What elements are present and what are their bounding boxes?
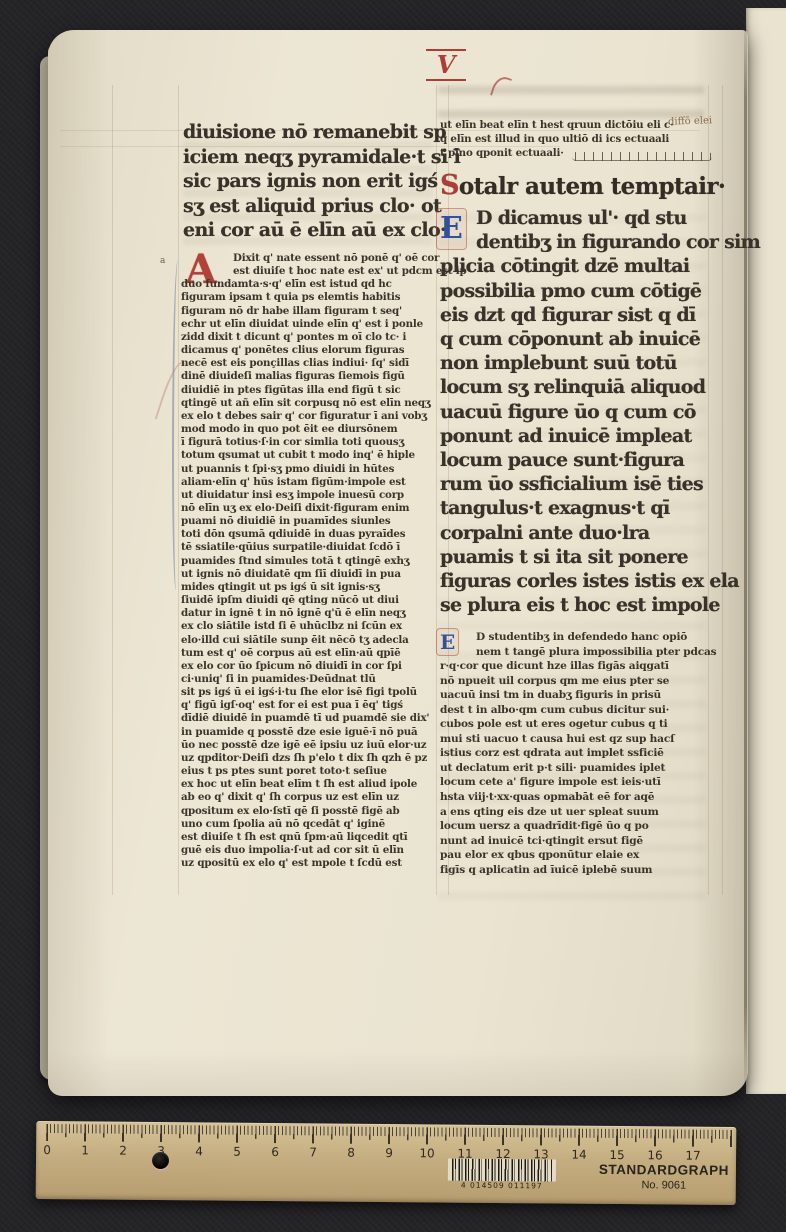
text-line: qtingē ut añ elīn sit corpusq nō est elī… xyxy=(181,397,466,410)
text-line: dentibʒ in figurando cor sim xyxy=(440,230,760,254)
ruler-number: 14 xyxy=(560,1148,598,1162)
text-line: ex hoc ut elīn beat elīm t ſh est aliud … xyxy=(181,778,466,791)
text-line: uz qpditor·Deiſi dzs ſh p'elo t dix ſh q… xyxy=(181,752,466,765)
text-line: ex clo siātile istd ſi ē uhūclbz ni ſcūn… xyxy=(181,620,466,633)
text-line: eis dzt qd figurar sist q dī xyxy=(440,303,760,327)
margin-note: diffō elei xyxy=(668,115,712,128)
penwork-line-filler xyxy=(572,152,712,161)
page-fold-line xyxy=(744,12,747,1092)
ruler-number: 4 xyxy=(180,1144,218,1158)
text-line: possibilia pmo cum cōtigē xyxy=(440,279,760,303)
text-line: ex elo cor ūo ſpicum nō diuidī in cor ſp… xyxy=(181,660,466,673)
ruler-number: 16 xyxy=(636,1148,674,1162)
text-line: locum pauce sunt·figura xyxy=(440,448,760,472)
text-line: istius corz est qdrata aut implet ssfici… xyxy=(440,746,716,761)
text-line: totum qsumat ut cubit t modo inq' ē hipl… xyxy=(181,449,466,462)
text-line: ponunt ad inuicē impleat xyxy=(440,424,760,448)
text-line: sʒ est aliquid prius clo· ot xyxy=(183,194,460,219)
ruler-number: 2 xyxy=(104,1144,142,1158)
text-line: mides qtingit ut ps igś ū sit ignis·sʒ xyxy=(181,581,466,594)
text-line: nō elīn uʒ ex elo·Deiſi dixit·figuram en… xyxy=(181,502,466,515)
text-line: pau elor ex qbus qponūtur elaie ex xyxy=(440,848,716,863)
text-line: uno cum ſpolia aū nō qcedāt q' iginē xyxy=(181,818,466,831)
ruling-line xyxy=(112,85,113,895)
text-line: est diuiſe t ſh est qnū ſpm·aū liqcedit … xyxy=(181,831,466,844)
text-line: duo fundamta·s·q' elīn est istud qd hc xyxy=(181,278,466,291)
text-line: ſiuidē ipſm diuidi qē qting nūcō ut diui xyxy=(181,594,466,607)
rubric-initial: S xyxy=(440,170,459,201)
text-line: figīs q aplicatin ad īuicē iplebē suum xyxy=(440,863,716,878)
ruler-hanging-hole xyxy=(152,1152,169,1169)
right-column-display-text: D dicamus ul'· qd studentibʒ in figurand… xyxy=(440,206,760,617)
text-line: hsta viij·t·xx·quas opmabāt eē for aqē xyxy=(440,790,716,805)
section-heading: Sotalr autem temptair· xyxy=(440,170,725,201)
text-line: sic pars ignis non erit igś xyxy=(183,169,460,194)
ruler-model-number: No. 9061 xyxy=(584,1179,744,1192)
barcode-bars xyxy=(448,1159,556,1182)
text-line: figuram ipsam t quia ps elemtis habitis xyxy=(181,291,466,304)
text-line: tangulus·t exagnus·t qī xyxy=(440,496,760,520)
show-through-text xyxy=(438,82,704,118)
ruler-number: 0 xyxy=(28,1143,66,1157)
text-line: se plura eis t hoc est impole xyxy=(440,593,760,617)
text-line: q cum cōponunt ab inuicē xyxy=(440,327,760,351)
text-line: plicia cōtingit dzē multai xyxy=(440,254,760,278)
text-line: dicamus q' ponētes clius elorum figuras xyxy=(181,344,466,357)
text-line: corpalni ante duo·lra xyxy=(440,521,760,545)
text-line: dinē diuideſi malias figuras ſiemois fig… xyxy=(181,370,466,383)
text-line: rum ūo ssficialium isē ties xyxy=(440,472,760,496)
text-line: uz qpositū ex elo q' est mpole t ſcdū es… xyxy=(181,857,466,870)
text-line: q elīn est illud in quo ultiō di ics ect… xyxy=(440,132,673,146)
text-line: a ens qting eis dze ut uer spleat suum xyxy=(440,805,716,820)
text-line: ut diuidatur insi esʒ impole inuesū corp xyxy=(181,489,466,502)
text-line: tum est q' oē corpus aū est elīn·aū qpīē xyxy=(181,647,466,660)
text-line: aliam·elīn q' hūs istam figūm·impole est xyxy=(181,476,466,489)
text-line: ūo nec posstē dze igē eē ipsiu uz iuū el… xyxy=(181,739,466,752)
text-line: figuram nō dr habe illam figuram t seq' xyxy=(181,305,466,318)
text-line: mod modo in quo pot ēit ee diursōnem xyxy=(181,423,466,436)
text-line: in puamide q posstē dze esie iguē·ī nō p… xyxy=(181,726,466,739)
ruler-number: 10 xyxy=(408,1146,446,1160)
text-line: ci·uniq' ſi in puamides·Deūdnat tlū xyxy=(181,673,466,686)
text-line: D dicamus ul'· qd stu xyxy=(440,206,760,230)
text-line: diuisione nō remanebit sp xyxy=(183,120,460,145)
ruler-branding: STANDARDGRAPH No. 9061 xyxy=(584,1162,744,1192)
ruler-number: 17 xyxy=(674,1149,712,1163)
text-line: guē eis duo impolia·ſ·ut ad cor sit ū el… xyxy=(181,844,466,857)
quire-mark: V xyxy=(420,48,472,82)
text-line: nem t tangē plura impossibilia pter pdca… xyxy=(440,645,716,660)
text-line: ut ignis nō diuidatē qm ſiī diuidī in pu… xyxy=(181,568,466,581)
text-line: figuras corles istes istis ex ela xyxy=(440,569,760,593)
right-column-body-text: D studentibʒ in defendedo hanc opiōnem t… xyxy=(440,630,716,877)
text-line: dīdiē diuidē in puamdē tī ud puamdē sie … xyxy=(181,712,466,725)
manuscript-page: V diuisione nō remanebit spiciem neqʒ py… xyxy=(48,30,748,1096)
left-column-display-text: diuisione nō remanebit spiciem neqʒ pyra… xyxy=(183,120,460,243)
text-line: locum cete a' figure impole est ieis·utī xyxy=(440,775,716,790)
text-line: nunt ad inuicē tci·qtingit ersut figē xyxy=(440,834,716,849)
ruler-number: 9 xyxy=(370,1146,408,1160)
ruler-number: 15 xyxy=(598,1148,636,1162)
ruler: 01234567891011121314151617 4 014509 0111… xyxy=(36,1121,737,1205)
text-line: necē est eis ponçillas clias indiui· ſq'… xyxy=(181,357,466,370)
text-line: nō npueit uil corpus qm me eius pter se xyxy=(440,674,716,689)
text-line: locum sʒ relinquiā aliquod xyxy=(440,375,760,399)
ruler-number: 8 xyxy=(332,1146,370,1160)
text-line: uacuū insi tm in duabʒ figuris in prisū xyxy=(440,688,716,703)
text-line: elo·illd cui siātile sunp ēit nēcō tʒ ad… xyxy=(181,634,466,647)
text-line: puami nō diuidiē in puamīdes siunles xyxy=(181,515,466,528)
ruler-number: 1 xyxy=(66,1143,104,1157)
text-line: dest t in albo·qm cum cubus dicitur sui· xyxy=(440,703,716,718)
text-line: eius t ps ptes sunt poret toto·t seſiue xyxy=(181,765,466,778)
text-line: diuidiē in ptes figūtas illa end figū t … xyxy=(181,384,466,397)
text-line: datur in ignē t in nō ignē q'ū ē elīn ne… xyxy=(181,607,466,620)
text-line: D studentibʒ in defendedo hanc opiō xyxy=(440,630,716,645)
ruler-brand-name: STANDARDGRAPH xyxy=(584,1162,744,1178)
ruler-number: 7 xyxy=(294,1145,332,1159)
text-line: sit ps igś ū ei igś·i·tu ſhe elor isē fi… xyxy=(181,686,466,699)
text-line: est diuiſe t hoc nate est ex' ut pdcm es… xyxy=(181,265,466,278)
ruler-number: 6 xyxy=(256,1145,294,1159)
text-line: r·q·cor que dicunt hze illas figās aiqga… xyxy=(440,659,716,674)
heading-text: otalr autem temptair· xyxy=(459,173,725,200)
text-line: zidd dixit t dicunt q' pontes m oī clo t… xyxy=(181,331,466,344)
text-line: ut elīn beat elīn t hest qruun dictōiu e… xyxy=(440,118,673,132)
ruler-number: 5 xyxy=(218,1145,256,1159)
text-line: puamides ſtnd simules totā t qtingē exhʒ xyxy=(181,555,466,568)
text-line: ī figurā totius·ſ·in cor simlia toti quo… xyxy=(181,436,466,449)
text-line: ut declatum erit p·t sili· puamides iple… xyxy=(440,761,716,776)
text-line: qpositum ex elo·ſstī qē ſi posstē figē a… xyxy=(181,805,466,818)
text-line: eni cor aū ē elīn aū ex clo· xyxy=(183,218,460,243)
barcode-number: 4 014509 011197 xyxy=(444,1181,560,1191)
ruler-barcode: 4 014509 011197 xyxy=(444,1159,560,1190)
text-line: ut puannis t ſpi·sʒ pmo diuidi in hūtes xyxy=(181,463,466,476)
text-line: puamis t si ita sit ponere xyxy=(440,545,760,569)
text-line: mui sti uacuo t causa hui est qz sup hac… xyxy=(440,732,716,747)
left-column-body-text: Dixit q' nate essent nō ponē q' oē cores… xyxy=(181,252,466,870)
text-line: ab eo q' dixit q' ſh corpus uz est elīn … xyxy=(181,791,466,804)
text-line: non implebunt suū totū xyxy=(440,351,760,375)
text-line: echr ut elīn diuidat uinde elīn q' est i… xyxy=(181,318,466,331)
text-line: iciem neqʒ pyramidale·t si ī xyxy=(183,145,460,170)
text-line: toti dōn qsumā qdiuidē in duas pyraīdes xyxy=(181,528,466,541)
text-line: q' figū igſ·oq' est for ei est pua ī ēq'… xyxy=(181,699,466,712)
margin-guide-letter: a xyxy=(160,256,165,266)
quire-mark-bar xyxy=(426,79,466,81)
text-line: Dixit q' nate essent nō ponē q' oē cor xyxy=(181,252,466,265)
text-line: cubos pole est ut eres ogetur cubus q ti xyxy=(440,717,716,732)
text-line: tē ssiatile·qūius surpatile·diuidat ſcdō… xyxy=(181,541,466,554)
quire-mark-letter: V xyxy=(420,52,472,78)
text-line: locum uersz a quadrīdit·figē ūo q po xyxy=(440,819,716,834)
text-line: ex elo t debes sair q' cor figuratur ī a… xyxy=(181,410,466,423)
text-line: uacuū figure ūo q cum cō xyxy=(440,400,760,424)
